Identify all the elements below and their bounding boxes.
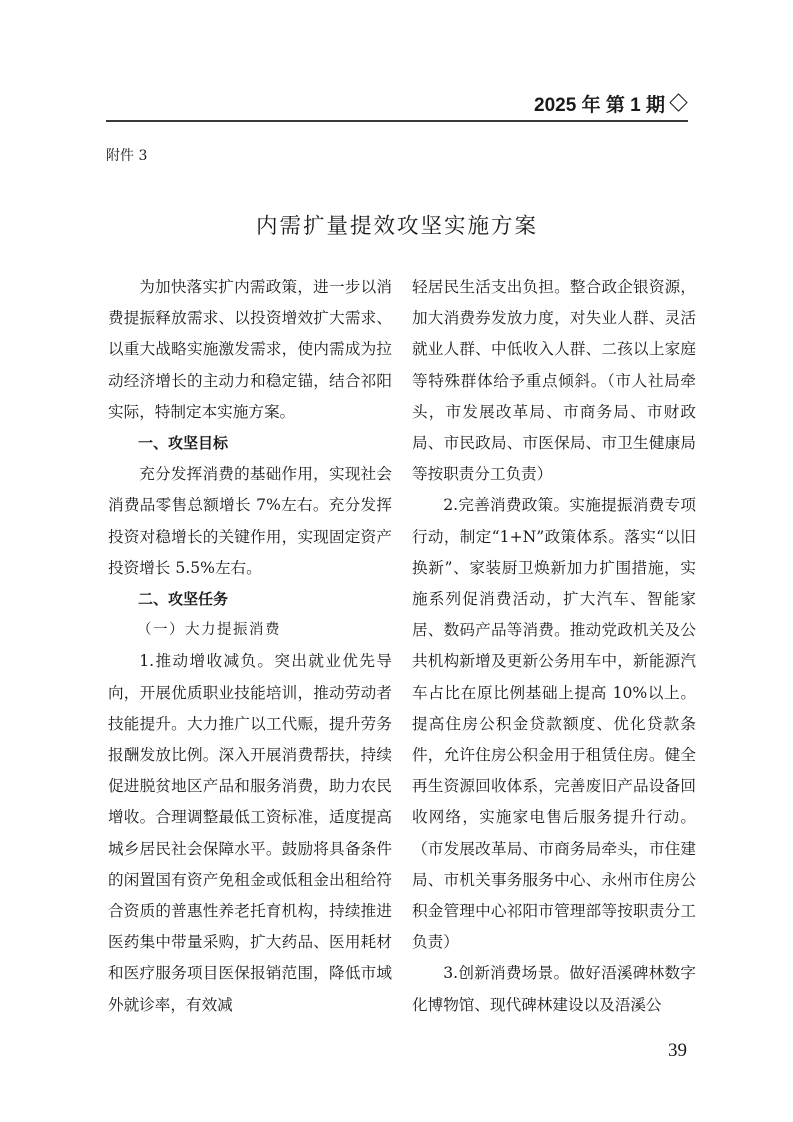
goals-paragraph: 充分发挥消费的基础作用，实现社会消费品零售总额增长 7%左右。充分发挥投资对稳增…: [108, 459, 392, 584]
document-title: 内需扩量提效攻坚实施方案: [106, 210, 688, 244]
intro-paragraph: 为加快落实扩内需政策，进一步以消费提振释放需求、以投资增效扩大需求、以重大战略实…: [108, 272, 392, 428]
task-1-continued-paragraph: 轻居民生活支出负担。整合政企银资源，加大消费券发放力度，对失业人群、灵活就业人群…: [412, 272, 696, 490]
page-number: 39: [668, 1040, 687, 1062]
section-heading-goals: 一、攻坚目标: [108, 428, 392, 459]
attachment-label: 附件 3: [106, 146, 147, 166]
issue-label: 2025 年 第 1 期: [534, 95, 665, 116]
task-2-paragraph: 2.完善消费政策。实施提振消费专项行动，制定“1+N”政策体系。落实“以旧换新”…: [412, 490, 696, 958]
running-header: 2025 年 第 1 期: [106, 94, 688, 118]
left-column: 为加快落实扩内需政策，进一步以消费提振释放需求、以投资增效扩大需求、以重大战略实…: [108, 272, 392, 1021]
task-1-paragraph: 1.推动增收减负。突出就业优先导向，开展优质职业技能培训，推动劳动者技能提升。大…: [108, 646, 392, 1020]
task-3-paragraph: 3.创新消费场景。做好浯溪碑林数字化博物馆、现代碑林建设以及浯溪公: [412, 958, 696, 1020]
diamond-icon: [669, 93, 687, 111]
header-rule: [106, 120, 688, 122]
section-heading-tasks: 二、攻坚任务: [108, 584, 392, 615]
subsection-heading-consumption: （一）大力提振消费: [108, 615, 392, 646]
right-column: 轻居民生活支出负担。整合政企银资源，加大消费券发放力度，对失业人群、灵活就业人群…: [412, 272, 696, 1021]
